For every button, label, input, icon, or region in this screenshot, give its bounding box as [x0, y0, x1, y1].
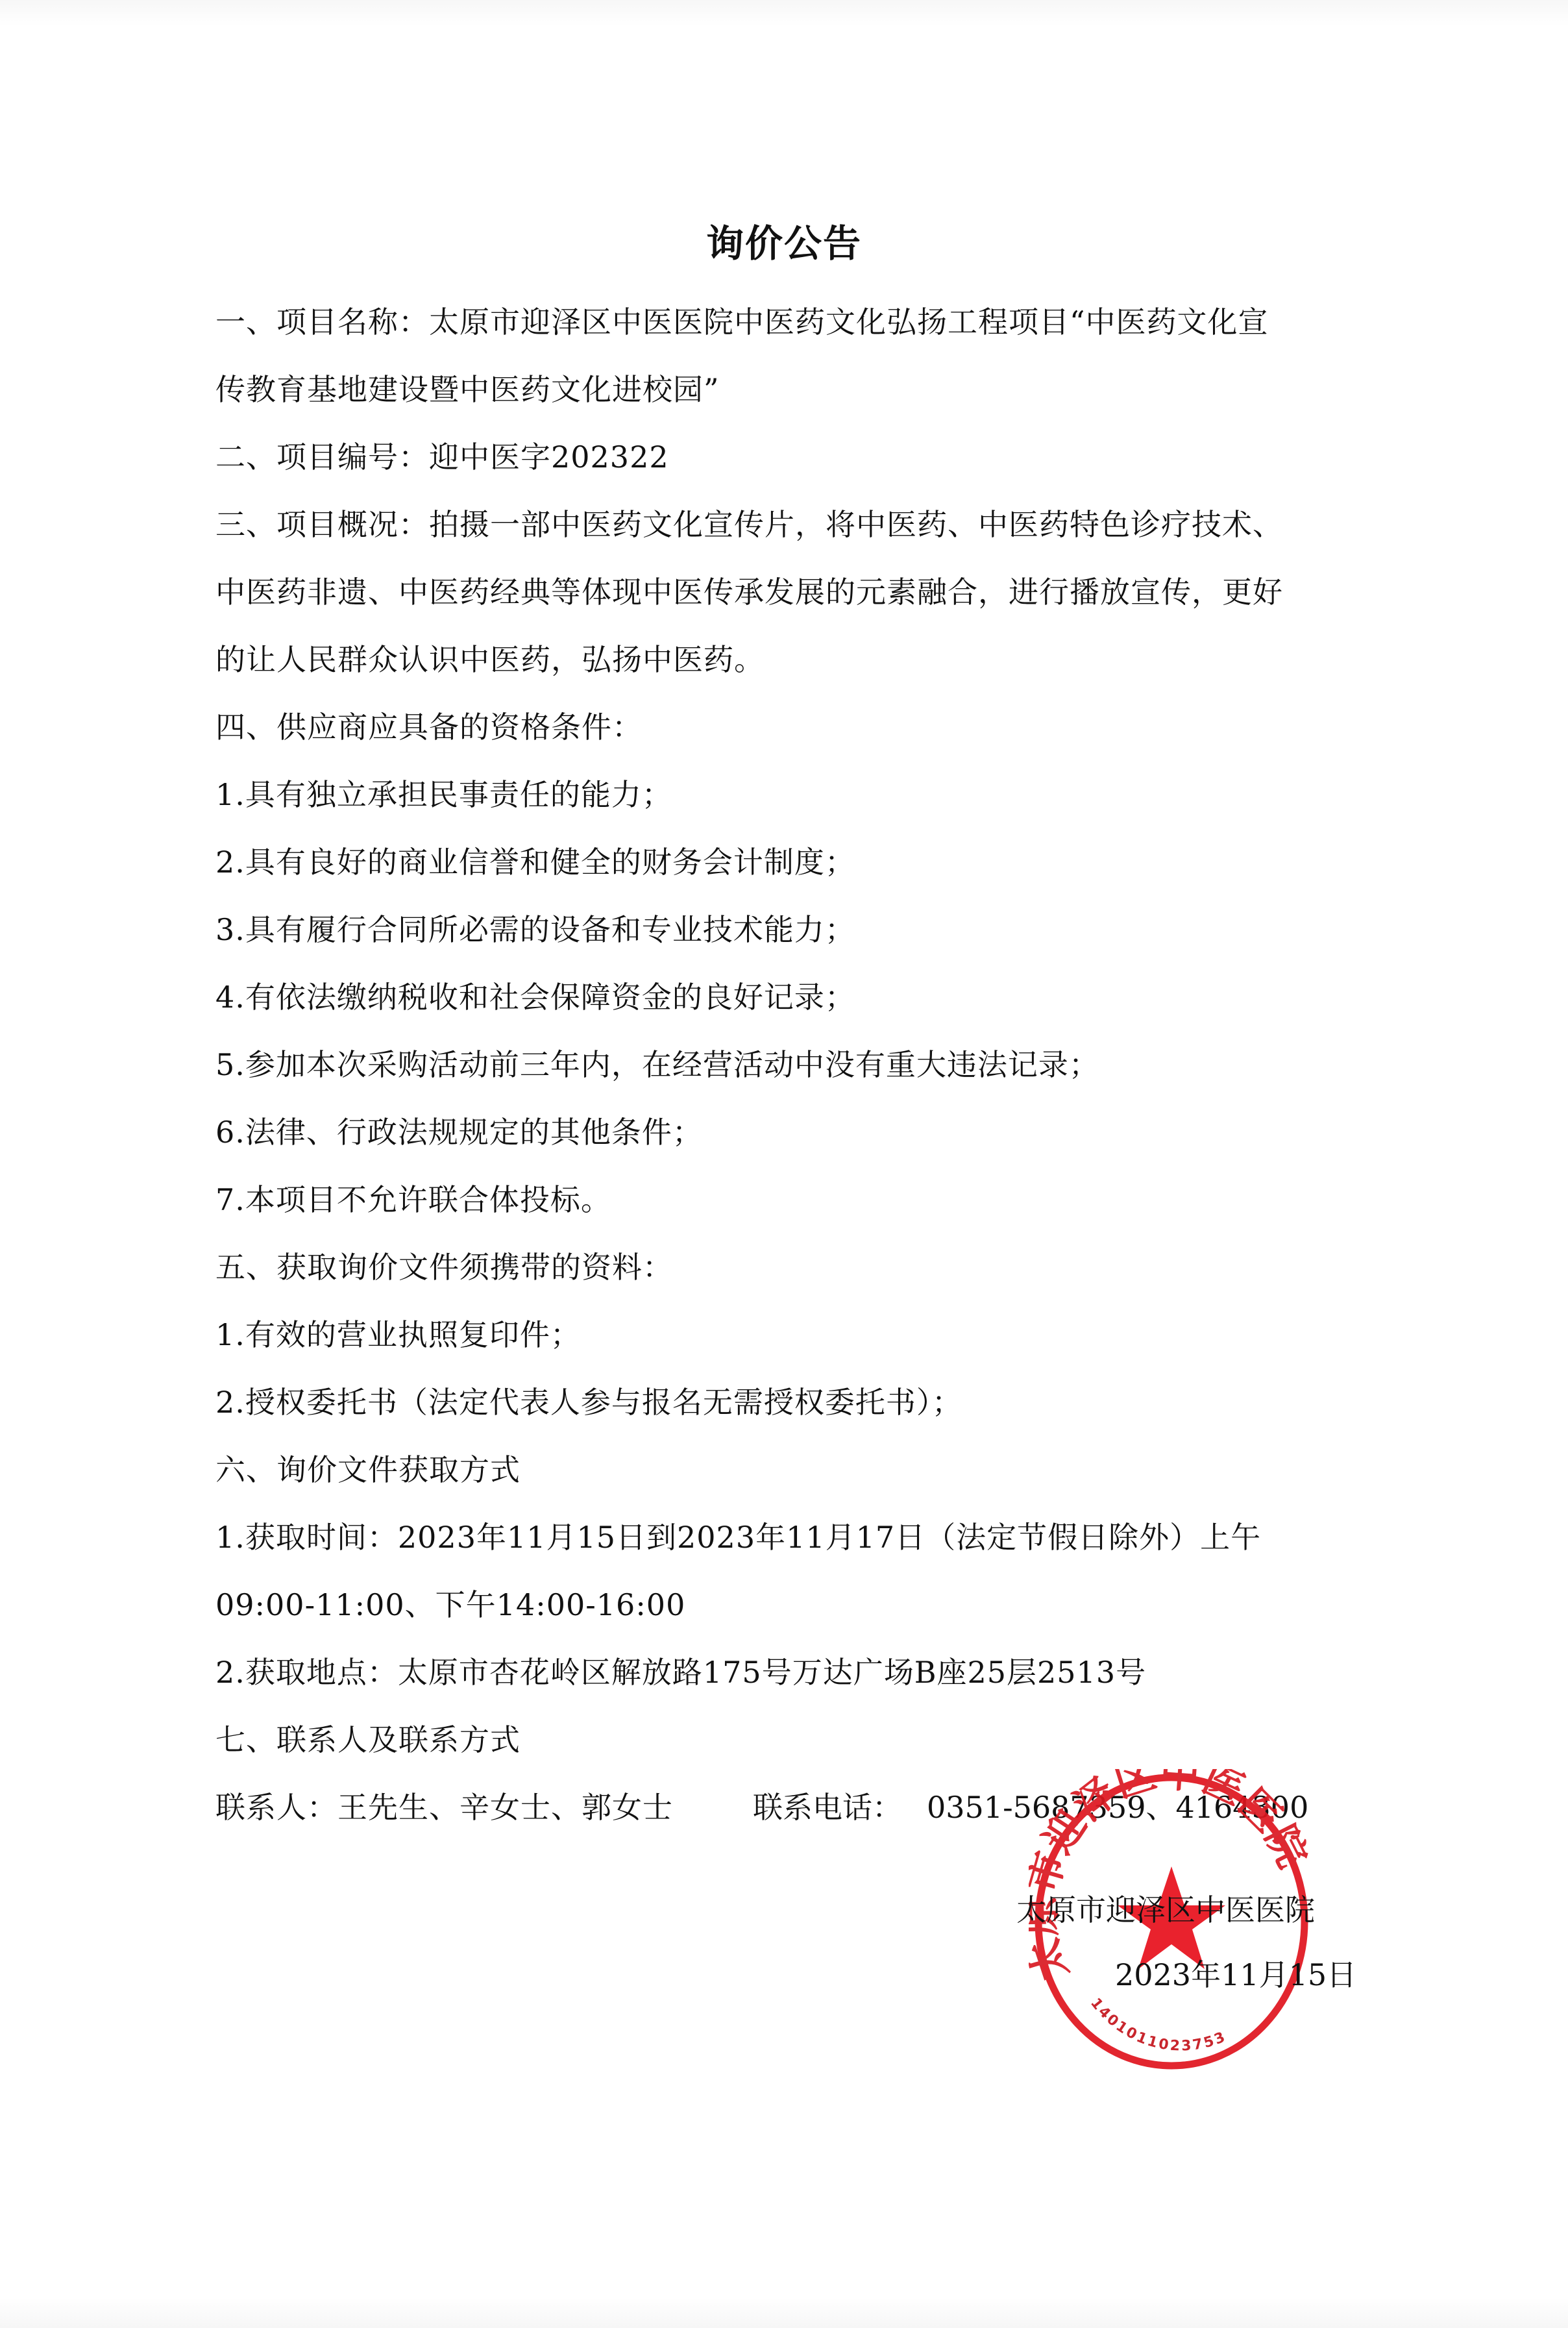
materials-item-1: 1.有效的营业执照复印件；: [215, 1317, 581, 1353]
contact-phone-label: 联系电话：: [753, 1789, 902, 1826]
qualification-item-2: 2.具有良好的商业信誉和健全的财务会计制度；: [215, 844, 855, 880]
qualification-item-5: 5.参加本次采购活动前三年内，在经营活动中没有重大违法记录；: [215, 1046, 1099, 1083]
acquisition-heading: 六、询价文件获取方式: [215, 1452, 521, 1488]
acquisition-time-line-2: 09:00-11:00、下午14:00-16:00: [215, 1587, 685, 1623]
acquisition-location: 2.获取地点：太原市杏花岭区解放路175号万达广场B座25层2513号: [215, 1654, 1146, 1690]
qualification-item-6: 6.法律、行政法规规定的其他条件；: [215, 1114, 703, 1150]
project-number: 二、项目编号：迎中医字202322: [215, 439, 669, 475]
qualification-item-3: 3.具有履行合同所必需的设备和专业技术能力；: [215, 911, 855, 948]
qualification-item-1: 1.具有独立承担民事责任的能力；: [215, 776, 672, 813]
qualification-item-4: 4.有依法缴纳税收和社会保障资金的良好记录；: [215, 979, 855, 1015]
qualifications-heading: 四、供应商应具备的资格条件：: [215, 709, 643, 745]
materials-heading: 五、获取询价文件须携带的资料：: [215, 1249, 673, 1285]
document-title: 询价公告: [0, 213, 1568, 267]
project-overview-line-1: 三、项目概况：拍摄一部中医药文化宣传片，将中医药、中医药特色诊疗技术、: [215, 506, 1283, 543]
project-overview-line-2: 中医药非遗、中医药经典等体现中医传承发展的元素融合，进行播放宣传，更好: [215, 574, 1283, 610]
project-overview-line-3: 的让人民群众认识中医药，弘扬中医药。: [215, 641, 765, 678]
qualification-item-7: 7.本项目不允许联合体投标。: [215, 1182, 611, 1218]
contact-persons: 联系人：王先生、辛女士、郭女士: [215, 1789, 673, 1826]
project-name-line-2: 传教育基地建设暨中医药文化进校园”: [215, 371, 720, 408]
project-name-line-1: 一、项目名称：太原市迎泽区中医医院中医药文化弘扬工程项目“中医药文化宣: [215, 304, 1269, 340]
contact-heading: 七、联系人及联系方式: [215, 1722, 521, 1758]
signature-organization: 太原市迎泽区中医医院: [1016, 1892, 1315, 1928]
document-page: 询价公告 一、项目名称：太原市迎泽区中医医院中医药文化弘扬工程项目“中医药文化宣…: [0, 0, 1568, 2328]
acquisition-time-line-1: 1.获取时间：2023年11月15日到2023年11月17日（法定节假日除外）上…: [215, 1519, 1261, 1555]
materials-item-2: 2.授权委托书（法定代表人参与报名无需授权委托书）；: [215, 1384, 962, 1420]
signature-date: 2023年11月15日: [1115, 1957, 1356, 1993]
